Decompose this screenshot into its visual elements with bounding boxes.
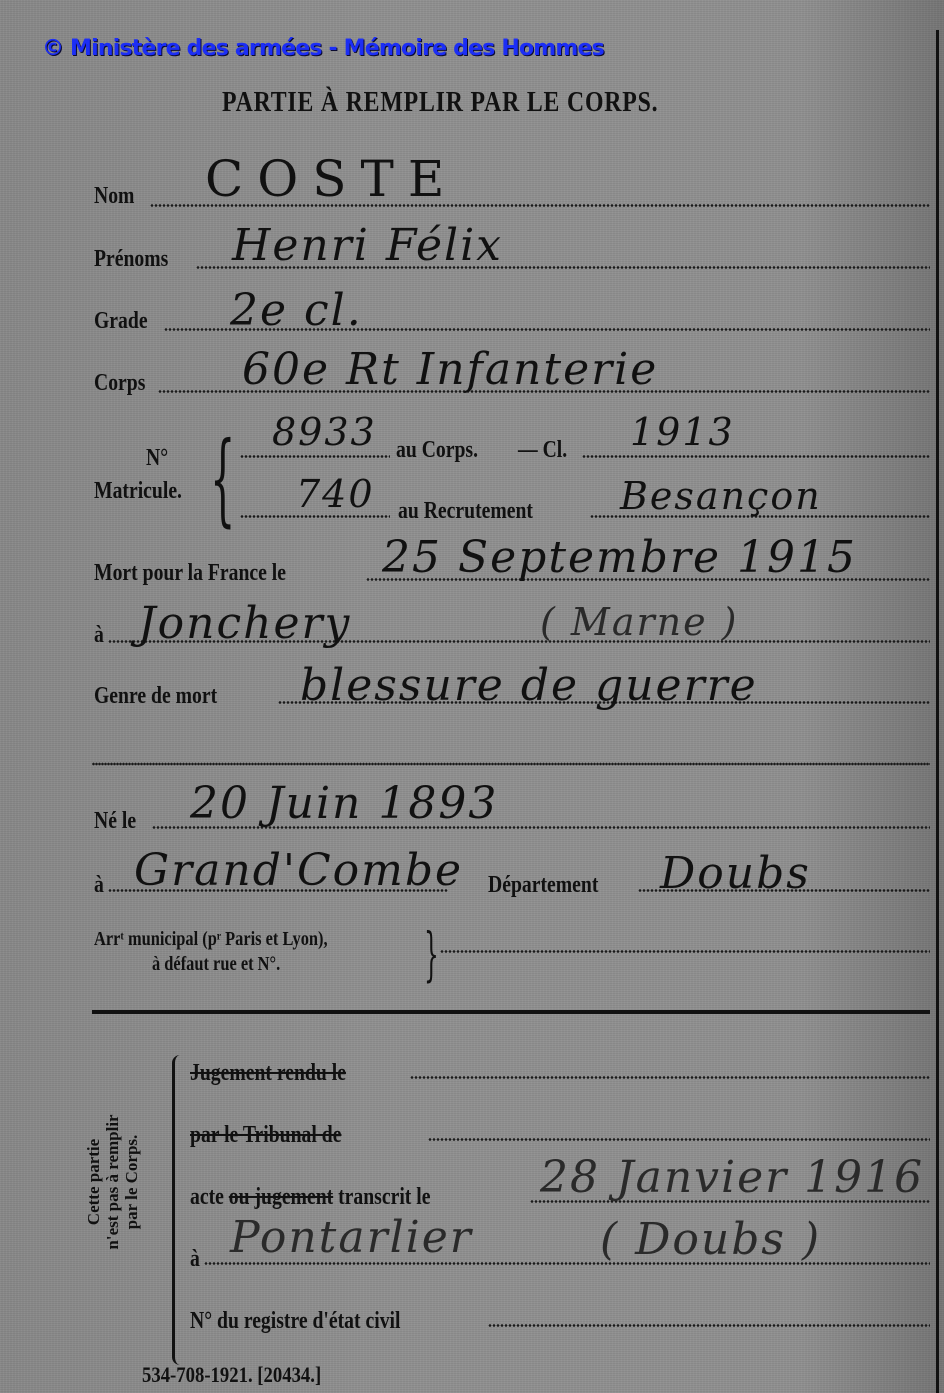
- acte-label: acte ou jugement transcrit le: [190, 1184, 430, 1211]
- departement-value: Doubs: [660, 848, 811, 899]
- mort-a-value: Jonchery: [138, 598, 351, 649]
- section-bracket: [172, 1055, 187, 1365]
- acte-value: 28 Janvier 1916: [540, 1152, 924, 1203]
- departement-label: Département: [488, 872, 598, 899]
- side-note-line-1: Cette partie: [84, 1082, 103, 1282]
- corps-value: 60e Rt Infanterie: [242, 344, 658, 395]
- mort-a-dept: ( Marne ): [540, 600, 739, 644]
- grade-label: Grade: [94, 308, 148, 335]
- jugement-label: Jugement rendu le: [190, 1060, 346, 1087]
- a-label: à: [190, 1246, 200, 1273]
- print-reference: 534-708-1921. [20434.]: [142, 1362, 321, 1388]
- mort-a-label: à: [94, 622, 104, 649]
- section-rule: [92, 1010, 930, 1014]
- recrutement-value: Besançon: [620, 474, 822, 518]
- classe-label: — Cl.: [518, 437, 567, 464]
- side-note-line-2: n'est pas à remplir: [103, 1082, 122, 1282]
- page-edge: [936, 30, 939, 1393]
- ne-le-label: Né le: [94, 808, 136, 835]
- side-note-line-3: par le Corps.: [122, 1082, 141, 1282]
- ne-a-label: à: [94, 872, 104, 899]
- corps-number-dotted-line: [240, 455, 390, 458]
- separator-dotted-line: [92, 762, 930, 766]
- a-value: Pontarlier: [230, 1212, 473, 1263]
- corps-label: Corps: [94, 370, 145, 397]
- acte-label-2: transcrit le: [338, 1184, 430, 1210]
- registre-dotted-line: [488, 1324, 930, 1327]
- arrondissement-dotted-line: [440, 950, 930, 953]
- mort-le-value: 25 Septembre 1915: [382, 532, 857, 583]
- tribunal-dotted-line: [428, 1138, 930, 1141]
- nom-value: COSTE: [205, 150, 458, 208]
- genre-mort-label: Genre de mort: [94, 683, 217, 710]
- registre-label: N° du registre d'état civil: [190, 1308, 400, 1335]
- form-header: PARTIE À REMPLIR PAR LE CORPS.: [222, 86, 658, 119]
- mort-le-label: Mort pour la France le: [94, 560, 286, 587]
- au-corps-label: au Corps.: [396, 437, 478, 464]
- classe-value: 1913: [630, 410, 735, 454]
- matricule-label-no: N°: [146, 445, 168, 472]
- arrondissement-brace: }: [424, 920, 439, 988]
- a-dept: ( Doubs ): [600, 1214, 821, 1265]
- genre-mort-value: blessure de guerre: [300, 660, 758, 711]
- side-note: Cette partie n'est pas à remplir par le …: [84, 1082, 141, 1282]
- au-recrutement-label: au Recrutement: [398, 498, 533, 525]
- tribunal-label: par le Tribunal de: [190, 1122, 341, 1149]
- matricule-brace: {: [210, 420, 235, 537]
- matricule-label: Matricule.: [94, 478, 182, 505]
- copyright-watermark: © Ministère des armées - Mémoire des Hom…: [42, 36, 604, 61]
- jugement-dotted-line: [410, 1076, 930, 1079]
- acte-label-strike: ou jugement: [229, 1184, 333, 1210]
- ne-a-value: Grand'Combe: [134, 845, 463, 896]
- grade-value: 2e cl.: [230, 285, 363, 336]
- prenoms-label: Prénoms: [94, 246, 168, 273]
- arrondissement-label-2: à défaut rue et N°.: [152, 953, 280, 976]
- corps-number-value: 8933: [272, 410, 377, 454]
- ne-le-value: 20 Juin 1893: [190, 778, 498, 829]
- recrutement-number-value: 740: [296, 472, 375, 516]
- nom-label: Nom: [94, 183, 134, 210]
- prenoms-value: Henri Félix: [232, 220, 503, 271]
- classe-dotted-line: [582, 455, 930, 458]
- acte-label-1: acte: [190, 1184, 224, 1210]
- arrondissement-label-1: Arrᵗ municipal (pʳ Paris et Lyon),: [94, 928, 328, 951]
